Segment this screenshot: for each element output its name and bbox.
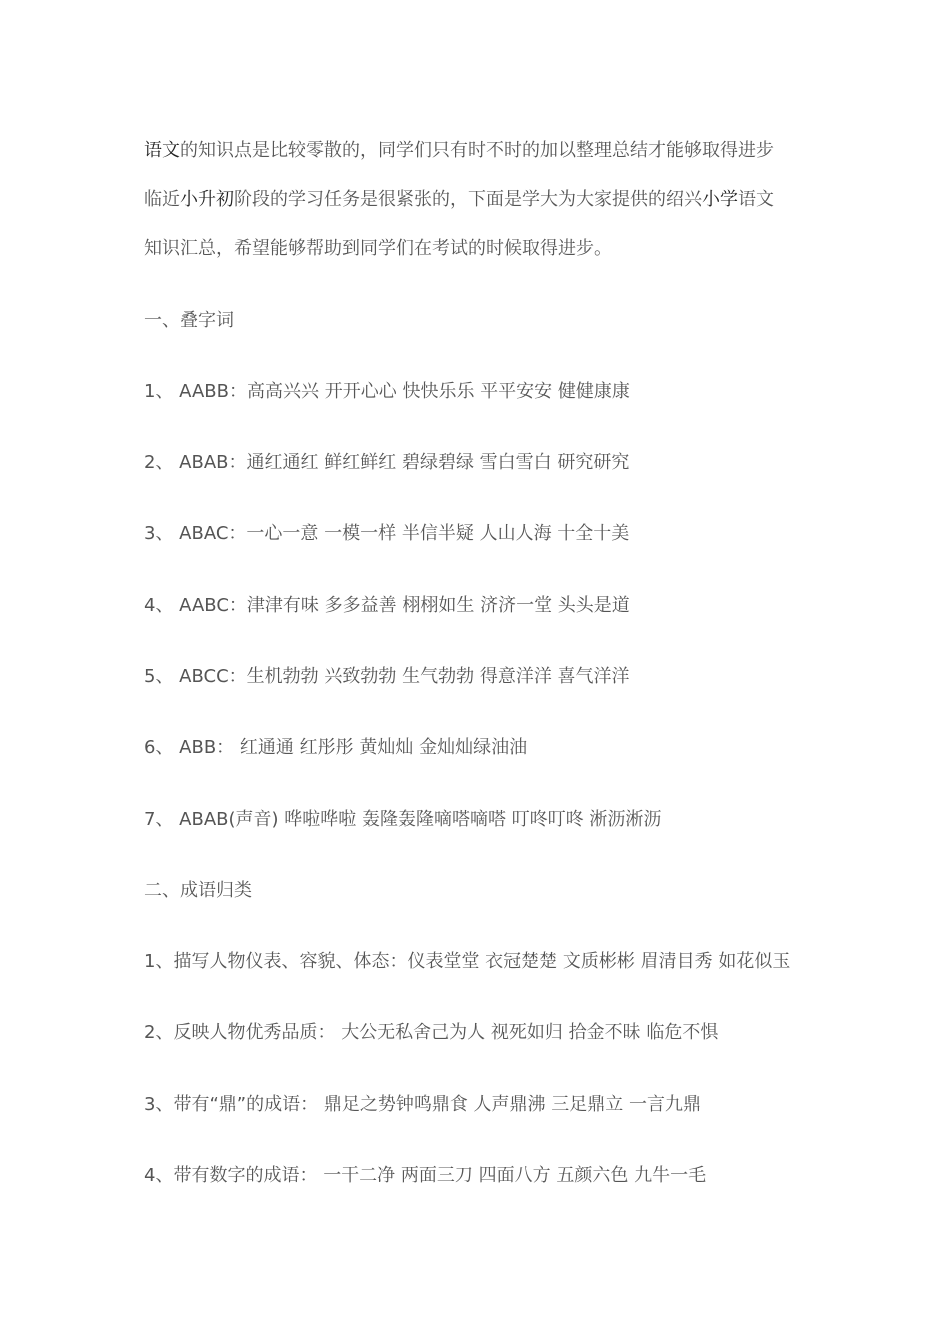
list-item: 7、 ABAB(声音) 哗啦哗啦 轰隆轰隆嘀嗒嘀嗒 叮咚叮咚 淅沥淅沥 (144, 808, 661, 832)
keyword-link-chinese[interactable]: 语文 (144, 140, 180, 161)
item-content: 津津有味 多多益善 栩栩如生 济济一堂 头头是道 (247, 595, 630, 616)
list-item: 2、 ABAB：通红通红 鲜红鲜红 碧绿碧绿 雪白雪白 研究研究 (144, 451, 629, 475)
item-label: 4、带有数字的成语： (144, 1165, 323, 1186)
intro-line-2: 临近小升初阶段的学习任务是很紧张的，下面是学大为大家提供的绍兴小学语文 (144, 188, 774, 212)
list-item: 1、 AABB：高高兴兴 开开心心 快快乐乐 平平安安 健健康康 (144, 380, 630, 404)
intro-text: 的知识点是比较零散的，同学们只有时不时的加以整理总结才能够取得进步 (180, 140, 774, 161)
item-label: 7、 ABAB(声音) (144, 809, 284, 830)
list-item: 4、带有数字的成语： 一干二净 两面三刀 四面八方 五颜六色 九牛一毛 (144, 1164, 706, 1188)
item-content: 通红通红 鲜红鲜红 碧绿碧绿 雪白雪白 研究研究 (247, 452, 630, 473)
intro-line-3: 知识汇总，希望能够帮助到同学们在考试的时候取得进步。 (144, 237, 612, 261)
intro-text: 临近 (144, 189, 180, 210)
keyword-link-xiaoshengchu[interactable]: 小升初 (180, 189, 234, 210)
list-item: 3、带有“鼎”的成语： 鼎足之势钟鸣鼎食 人声鼎沸 三足鼎立 一言九鼎 (144, 1093, 701, 1117)
intro-text: 语文 (738, 189, 774, 210)
document-page: 语文的知识点是比较零散的，同学们只有时不时的加以整理总结才能够取得进步 临近小升… (0, 0, 950, 1344)
item-content: 生机勃勃 兴致勃勃 生气勃勃 得意洋洋 喜气洋洋 (247, 666, 630, 687)
intro-line-1: 语文的知识点是比较零散的，同学们只有时不时的加以整理总结才能够取得进步 (144, 139, 774, 163)
section-heading-idiom-categories: 二、成语归类 (144, 879, 252, 903)
item-label: 3、带有“鼎”的成语： (144, 1094, 324, 1115)
item-content: 哗啦哗啦 轰隆轰隆嘀嗒嘀嗒 叮咚叮咚 淅沥淅沥 (284, 809, 661, 830)
item-label: 4、 AABC： (144, 595, 247, 616)
item-content: 大公无私舍己为人 视死如归 拾金不昧 临危不惧 (341, 1022, 718, 1043)
list-item: 2、反映人物优秀品质： 大公无私舍己为人 视死如归 拾金不昧 临危不惧 (144, 1021, 718, 1045)
item-content: 一干二净 两面三刀 四面八方 五颜六色 九牛一毛 (323, 1165, 706, 1186)
list-item: 3、 ABAC：一心一意 一模一样 半信半疑 人山人海 十全十美 (144, 522, 629, 546)
item-content: 仪表堂堂 衣冠楚楚 文质彬彬 眉清目秀 如花似玉 (407, 951, 790, 972)
list-item: 4、 AABC：津津有味 多多益善 栩栩如生 济济一堂 头头是道 (144, 594, 630, 618)
list-item: 1、描写人物仪表、容貌、体态：仪表堂堂 衣冠楚楚 文质彬彬 眉清目秀 如花似玉 (144, 950, 790, 974)
item-label: 1、 AABB： (144, 381, 247, 402)
item-label: 3、 ABAC： (144, 523, 246, 544)
item-label: 2、反映人物优秀品质： (144, 1022, 341, 1043)
item-label: 2、 ABAB： (144, 452, 247, 473)
item-label: 1、描写人物仪表、容貌、体态： (144, 951, 407, 972)
item-content: 红通通 红彤彤 黄灿灿 金灿灿绿油油 (240, 737, 527, 758)
item-content: 一心一意 一模一样 半信半疑 人山人海 十全十美 (246, 523, 629, 544)
section-heading-reduplicated-words: 一、叠字词 (144, 309, 234, 333)
item-label: 5、 ABCC： (144, 666, 247, 687)
list-item: 5、 ABCC：生机勃勃 兴致勃勃 生气勃勃 得意洋洋 喜气洋洋 (144, 665, 630, 689)
intro-text: 阶段的学习任务是很紧张的，下面是学大为大家提供的绍兴 (234, 189, 702, 210)
list-item: 6、 ABB： 红通通 红彤彤 黄灿灿 金灿灿绿油油 (144, 736, 527, 760)
keyword-link-primary-school[interactable]: 小学 (702, 189, 738, 210)
item-label: 6、 ABB： (144, 737, 240, 758)
item-content: 高高兴兴 开开心心 快快乐乐 平平安安 健健康康 (247, 381, 630, 402)
item-content: 鼎足之势钟鸣鼎食 人声鼎沸 三足鼎立 一言九鼎 (324, 1094, 701, 1115)
